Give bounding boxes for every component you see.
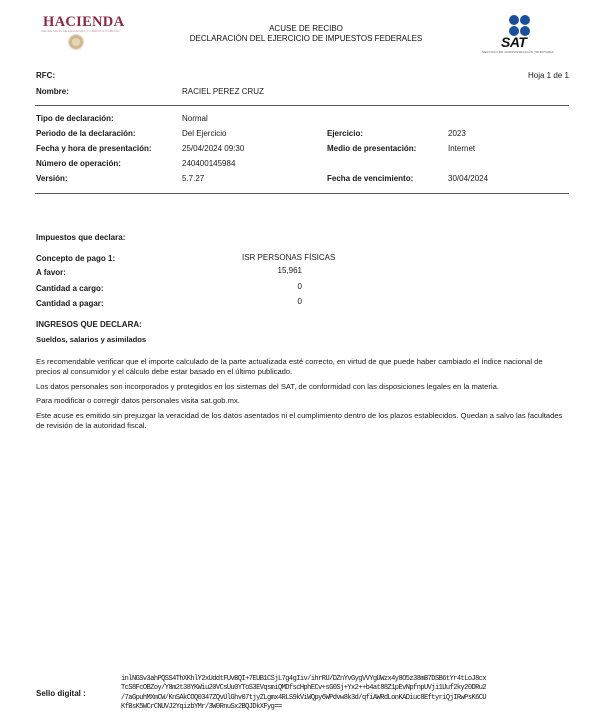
page-indicator: Hoja 1 de 1 — [528, 71, 569, 80]
tipo-value: Normal — [182, 114, 208, 123]
ejercicio-label: Ejercicio: — [327, 129, 363, 138]
cargo-label: Cantidad a cargo: — [36, 284, 104, 293]
tipo-label: Tipo de declaración: — [36, 114, 114, 123]
vencimiento-value: 30/04/2024 — [448, 174, 488, 183]
note-paragraph: Para modificar o corregir datos personal… — [36, 396, 566, 406]
operacion-label: Número de operación: — [36, 159, 121, 168]
version-label: Versión: — [36, 174, 68, 183]
income-item: Sueldos, salarios y asimilados — [36, 335, 146, 344]
vencimiento-label: Fecha de vencimiento: — [327, 174, 413, 183]
note-paragraph: Es recomendable verificar que el importe… — [36, 357, 566, 376]
ejercicio-value: 2023 — [448, 129, 466, 138]
sat-logo-subtitle: SERVICIO DE ADMINISTRACIÓN TRIBUTARIA — [482, 50, 554, 54]
medio-label: Medio de presentación: — [327, 144, 416, 153]
pagar-label: Cantidad a pagar: — [36, 299, 104, 308]
name-label: Nombre: — [36, 87, 69, 96]
cargo-value: 0 — [262, 282, 302, 291]
divider — [35, 193, 569, 194]
digital-seal-value: inlNGSv3ahPQSS4ThXKhlY2xUddtFUvBQI+7EUB1… — [121, 675, 486, 712]
fecha-value: 25/04/2024 09:30 — [182, 144, 244, 153]
name-value: RACIEL PEREZ CRUZ — [182, 87, 264, 96]
periodo-value: Del Ejercicio — [182, 129, 226, 138]
digital-seal-label: Sello digital : — [36, 689, 86, 698]
note-paragraph: Este acuse es emitido sin prejuzgar la v… — [36, 411, 566, 430]
note-paragraph: Los datos personales son incorporados y … — [36, 382, 566, 392]
concepto-label: Concepto de pago 1: — [36, 254, 115, 263]
favor-value: 15,961 — [262, 266, 302, 275]
operacion-value: 240400145984 — [182, 159, 235, 168]
favor-label: A favor: — [36, 268, 66, 277]
income-section-title: INGRESOS QUE DECLARA: — [36, 320, 142, 329]
pagar-value: 0 — [262, 297, 302, 306]
medio-value: Internet — [448, 144, 475, 153]
concepto-value: ISR PERSONAS FÍSICAS — [242, 253, 335, 262]
version-value: 5.7.27 — [182, 174, 204, 183]
taxes-section-title: Impuestos que declara: — [36, 233, 125, 242]
periodo-label: Periodo de la declaración: — [36, 129, 136, 138]
sat-logo: SAT — [501, 34, 526, 50]
divider — [35, 105, 569, 106]
rfc-label: RFC: — [36, 71, 55, 80]
fecha-label: Fecha y hora de presentación: — [36, 144, 152, 153]
